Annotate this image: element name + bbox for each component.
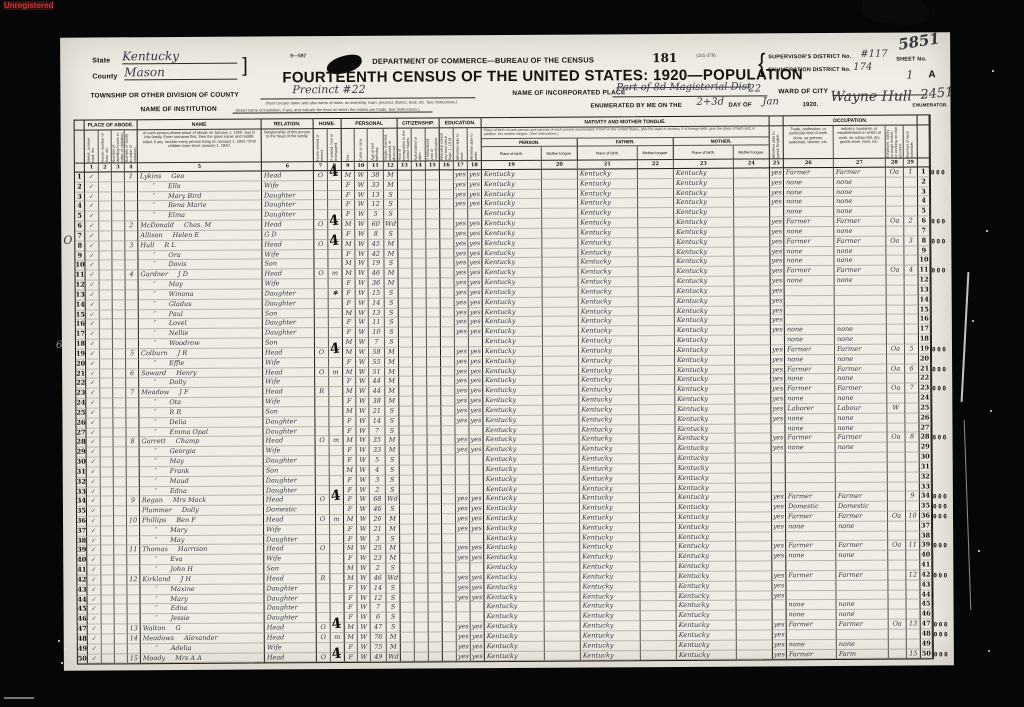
cell-read: yes: [455, 357, 469, 367]
cell-rn: 21000: [919, 364, 931, 374]
cell-house: [99, 182, 112, 192]
cell-mtf: [638, 267, 674, 277]
cell-natyr: [429, 632, 443, 642]
cell-dw: [113, 330, 126, 340]
cell-house: [99, 231, 112, 241]
cell-fam: [128, 615, 141, 625]
column-number: 13: [398, 162, 412, 171]
cell-emp: [886, 227, 904, 237]
cell-read: yes: [455, 298, 469, 308]
cell-sex: F: [343, 279, 356, 289]
cell-mt: [543, 297, 579, 307]
cell-ln: 13: [76, 291, 86, 301]
cell-occ: none: [784, 247, 834, 257]
cell-street: ✓: [85, 202, 99, 212]
state-value: Kentucky: [122, 49, 237, 65]
cell-fam: [128, 605, 141, 615]
township-note: (Insert proper name and also name of cla…: [265, 99, 457, 105]
cell-school: [441, 426, 455, 436]
cell-natyr: [426, 249, 440, 259]
cell-street: ✓: [86, 340, 100, 350]
cell-school: [443, 652, 457, 662]
cell-emp: Oa: [886, 217, 904, 227]
cell-eng: yes: [770, 198, 784, 208]
cell-dw: [114, 526, 127, 536]
cell-eng: [772, 463, 786, 473]
cell-emp: [886, 177, 904, 187]
cell-mt: [544, 533, 580, 543]
cell-mt: [544, 514, 580, 524]
cell-fam: [126, 310, 139, 320]
cell-age: 11: [369, 318, 385, 328]
given-name: Jessie: [171, 614, 190, 622]
state-label: State: [92, 57, 110, 64]
cell-fam: [127, 595, 140, 605]
cell-race: W: [356, 407, 369, 417]
cell-im: [398, 249, 412, 259]
cell-ln: 21: [76, 369, 86, 379]
cell-natyr: [428, 465, 442, 475]
cell-mtf: [640, 483, 676, 493]
cell-nat: [413, 416, 427, 426]
cell-rel: Daughter: [264, 594, 316, 604]
column-header-natyr: If naturalized, year of naturalization.: [426, 128, 440, 161]
cell-mort: 4: [331, 653, 345, 663]
cell-sex: M: [344, 515, 357, 525]
cell-ind: Farmer: [836, 571, 888, 581]
cell-race: W: [356, 387, 369, 397]
cell-house: [100, 290, 113, 300]
cell-occ: [787, 630, 837, 640]
cell-race: W: [357, 446, 370, 456]
cell-rn: 36000: [920, 511, 932, 521]
cell-dw: [115, 634, 128, 644]
cell-ln: 25: [76, 408, 86, 418]
cell-read: yes: [455, 278, 469, 288]
ditto-mark: ″: [141, 310, 169, 320]
cell-pobm: Kentucky: [674, 169, 734, 179]
given-name: Emma Opal: [169, 427, 208, 435]
cell-natyr: [427, 288, 441, 298]
cell-ln: 31: [77, 467, 87, 477]
cell-read: yes: [455, 406, 469, 416]
cell-mt: [542, 238, 578, 248]
cell-dw: [114, 477, 127, 487]
cell-natyr: [427, 298, 441, 308]
cell-pob: Kentucky: [483, 288, 543, 298]
cell-sex: F: [344, 495, 357, 505]
cell-emp: [887, 305, 905, 315]
cell-ind: none: [834, 187, 886, 197]
cell-house: [101, 497, 114, 507]
cell-mtm: [735, 345, 771, 355]
margin-stamp: 000: [933, 493, 948, 503]
ditto-mark: ″: [142, 477, 170, 487]
cell-rel: Daughter: [265, 604, 317, 614]
cell-nat: [413, 377, 427, 387]
margin-stamp: 000: [932, 365, 947, 375]
cell-occ: Farmer: [784, 266, 834, 276]
cell-rn: 40: [920, 551, 932, 561]
cell-occ: Farmer: [787, 650, 837, 660]
cell-house: [101, 526, 114, 536]
cell-emp: [888, 531, 906, 541]
cell-occ: none: [784, 197, 834, 207]
cell-mt: [542, 199, 578, 209]
cell-street: ✓: [86, 320, 100, 330]
cell-emp: Oa: [887, 384, 905, 394]
cell-rn: 25: [919, 403, 931, 413]
cell-mar: S: [386, 505, 400, 515]
sheet-label: SHEET No.: [896, 56, 927, 62]
cell-school: [442, 593, 456, 603]
cell-pob: Kentucky: [482, 258, 542, 268]
cell-pob: Kentucky: [482, 199, 542, 209]
column-title: Street, avenue, road, etc.: [87, 132, 96, 163]
cell-rel: Daughter: [264, 486, 316, 496]
cell-write: yes: [469, 347, 483, 357]
cell-race: W: [355, 259, 368, 269]
cell-mort: 4: [330, 495, 344, 505]
cell-im: [401, 613, 415, 623]
cell-pob: Kentucky: [484, 583, 544, 593]
ward-label: WARD OF CITY: [778, 88, 828, 95]
cell-nat: [412, 200, 426, 210]
cell-ind: none: [836, 443, 888, 453]
cell-read: [455, 337, 469, 347]
cell-home: [314, 210, 328, 220]
blank-number: [75, 164, 85, 173]
cell-mar: Wd: [386, 495, 400, 505]
cell-nat: [414, 456, 428, 466]
cell-house: [100, 310, 113, 320]
cell-mort: 4: [328, 240, 342, 250]
cell-home: [315, 427, 329, 437]
cell-school: [440, 229, 454, 239]
cell-write: yes: [471, 622, 485, 632]
cell-ind: Farmer: [835, 364, 887, 374]
cell-mar: M: [385, 279, 399, 289]
cell-nat: [414, 514, 428, 524]
margin-stamp: 000: [933, 434, 948, 444]
column-title: Whether able to read.: [456, 129, 465, 160]
cell-mt: [545, 631, 581, 641]
surname: Gardner: [140, 270, 168, 278]
cell-ind: none: [837, 610, 889, 620]
cell-home: [316, 456, 330, 466]
cell-emp: [888, 502, 906, 512]
cell-race: W: [356, 318, 369, 328]
cell-house: [99, 251, 112, 261]
cell-fam: 2: [125, 221, 138, 231]
cell-ind: none: [835, 325, 887, 335]
cell-age: 10: [369, 328, 385, 338]
ditto-mark: ″: [141, 339, 169, 349]
cell-occ: Domestic: [786, 502, 836, 512]
cell-im: [399, 289, 413, 299]
cell-rn: 23000: [919, 384, 931, 394]
cell-fam: 5: [126, 349, 139, 359]
cell-read: yes: [454, 180, 468, 190]
cell-write: [469, 426, 483, 436]
given-name: Mrs A A: [175, 653, 202, 661]
cell-mt: [545, 612, 581, 622]
cell-farm: 13: [907, 620, 921, 630]
cell-fam: 8: [127, 438, 140, 448]
cell-natyr: [428, 505, 442, 515]
cell-write: yes: [471, 642, 485, 652]
cell-ln: 37: [77, 526, 87, 536]
cell-house: [101, 546, 114, 556]
cell-age: 45: [368, 240, 384, 250]
cell-nat: [413, 367, 427, 377]
cell-race: W: [355, 230, 368, 240]
cell-ln: 1: [75, 173, 85, 183]
surname: Moody: [143, 654, 165, 662]
cell-nat: [413, 288, 427, 298]
cell-street: ✓: [85, 222, 99, 232]
cell-mtf: [639, 316, 675, 326]
cell-pob: Kentucky: [483, 406, 543, 416]
cell-home: [314, 250, 328, 260]
cell-rn: 38: [920, 531, 932, 541]
cell-mort: [329, 407, 343, 417]
cell-ind: none: [837, 639, 889, 649]
cell-rn: 29: [920, 443, 932, 453]
cell-read: yes: [455, 367, 469, 377]
cell-home: [317, 604, 331, 614]
cell-read: [457, 603, 471, 613]
cell-mtf: [638, 189, 674, 199]
cell-natyr: [426, 210, 440, 220]
ditto-mark: ″: [143, 644, 171, 654]
cell-mt: [543, 366, 579, 376]
cell-age: 35: [370, 436, 386, 446]
cell-emp: [886, 197, 904, 207]
cell-ind: [835, 315, 887, 325]
cell-eng: yes: [770, 267, 784, 277]
cell-eng: yes: [770, 178, 784, 188]
cell-eng: [773, 601, 787, 611]
cell-nat: [414, 446, 428, 456]
cell-mt: [545, 651, 581, 661]
cell-sex: M: [342, 240, 355, 250]
cell-pobm: Kentucky: [677, 601, 737, 611]
cell-name: MoodyMrs A A: [141, 653, 265, 664]
county-value: Mason: [124, 65, 237, 81]
column-number: 23: [674, 160, 734, 169]
film-speck: [986, 230, 988, 232]
given-name: J H: [181, 575, 191, 583]
cell-emp: Oa: [888, 541, 906, 551]
cell-nat: [414, 554, 428, 564]
cell-read: [456, 455, 470, 465]
cell-nat: [412, 229, 426, 239]
cell-mtm: [737, 611, 773, 621]
cell-mtm: [735, 306, 771, 316]
cell-rel: Head: [264, 574, 316, 584]
column-header-read: Whether able to read.: [454, 128, 468, 161]
surname: Regan: [142, 496, 163, 504]
cell-mt: [543, 376, 579, 386]
cell-school: [440, 249, 454, 259]
cell-rel: Daughter: [264, 535, 316, 545]
cell-write: yes: [471, 632, 485, 642]
cell-rel: Daughter: [264, 476, 316, 486]
cell-rn: 41: [920, 561, 932, 571]
cell-eng: yes: [772, 443, 786, 453]
cell-mt: [543, 386, 579, 396]
cell-rn: 39000: [920, 541, 932, 551]
cell-school: [441, 396, 455, 406]
cell-ind: Farmer: [835, 345, 887, 355]
cell-pobm: Kentucky: [675, 424, 735, 434]
cell-emp: [888, 561, 906, 571]
cell-school: [441, 357, 455, 367]
cell-school: [443, 613, 457, 623]
ditto-mark: ″: [141, 290, 169, 300]
cell-ln: 17: [76, 330, 86, 340]
cell-rn: 14: [919, 295, 931, 305]
column-number: 29: [904, 158, 918, 167]
column-header-house: House number or farm, etc.: [99, 130, 112, 163]
cell-ln: 15: [76, 310, 86, 320]
column-number: 28: [886, 159, 904, 168]
cell-dw: [112, 221, 125, 231]
cell-mt: [543, 356, 579, 366]
cell-mt: [544, 592, 580, 602]
column-title: If owned, free or mortgaged.: [330, 130, 339, 161]
cell-eng: yes: [772, 552, 786, 562]
given-name: J F: [179, 388, 188, 396]
cell-mtf: [640, 444, 676, 454]
cell-house: [99, 261, 112, 271]
cell-sex: F: [344, 505, 357, 515]
cell-pob: Kentucky: [484, 563, 544, 573]
cell-farm: [904, 187, 918, 197]
cell-house: [100, 379, 113, 389]
cell-fam: [127, 487, 140, 497]
given-name: Lovel: [169, 319, 187, 327]
cell-pobm: Kentucky: [676, 522, 736, 532]
cell-mort: [328, 250, 342, 260]
cell-emp: Oa: [887, 364, 905, 374]
cell-mtf: [638, 208, 674, 218]
cell-ln: 6: [75, 222, 85, 232]
cell-im: [398, 239, 412, 249]
cell-farm: [906, 482, 920, 492]
enumerator-name: Wayne Hull: [830, 89, 911, 105]
cell-mt: [545, 602, 581, 612]
cell-mtm: [735, 326, 771, 336]
cell-school: [442, 436, 456, 446]
cell-im: [400, 583, 414, 593]
cell-race: W: [355, 200, 368, 210]
cell-nat: [414, 573, 428, 583]
column-header-nat: Naturalized or alien.: [412, 128, 426, 161]
cell-dw: [113, 320, 126, 330]
cell-natyr: [428, 573, 442, 583]
cell-farm: [906, 561, 920, 571]
ditto-mark: ″: [143, 614, 171, 624]
cell-occ: none: [785, 276, 835, 286]
cell-home: O: [315, 348, 329, 358]
cell-im: [401, 642, 415, 652]
cell-pobm: Kentucky: [677, 631, 737, 641]
cell-mtm: [736, 512, 772, 522]
cell-ln: 22: [76, 379, 86, 389]
cell-dw: [113, 280, 126, 290]
cell-age: 47: [371, 623, 387, 633]
cell-race: W: [358, 633, 371, 643]
cell-im: [400, 456, 414, 466]
cell-race: W: [357, 495, 370, 505]
cell-nat: [412, 239, 426, 249]
cell-eng: yes: [770, 237, 784, 247]
cell-occ: none: [784, 188, 834, 198]
cell-emp: [887, 413, 905, 423]
cell-age: 44: [369, 377, 385, 387]
cell-eng: yes: [771, 394, 785, 404]
cell-house: [101, 566, 114, 576]
supervisor-value: #117: [860, 49, 888, 60]
cell-farm: [907, 629, 921, 639]
cell-fam: [126, 329, 139, 339]
cell-write: yes: [471, 652, 485, 662]
cell-pobf: Kentucky: [579, 385, 639, 395]
cell-mt: [544, 484, 580, 494]
cell-rel: Daughter: [263, 417, 315, 427]
cell-fam: 6: [126, 369, 139, 379]
cell-eng: yes: [772, 512, 786, 522]
cell-read: yes: [454, 249, 468, 259]
cell-rn: 1000: [918, 167, 930, 177]
cell-ln: 39: [77, 546, 87, 556]
cell-mtf: [638, 228, 674, 238]
given-name: Adelia: [171, 644, 192, 652]
cell-im: [399, 406, 413, 416]
given-name: Ota: [169, 398, 181, 406]
cell-street: ✓: [85, 231, 99, 241]
mother-tongue-label: Mother tongue.: [638, 146, 673, 161]
cell-mtf: [641, 601, 677, 611]
cell-age: 46: [368, 269, 384, 279]
cell-rn: 34000: [920, 492, 932, 502]
cell-pob: Kentucky: [484, 533, 544, 543]
cell-natyr: [428, 446, 442, 456]
cell-emp: [888, 492, 906, 502]
cell-rn: 7: [918, 226, 930, 236]
cell-street: ✓: [86, 349, 100, 359]
cell-mtm: [737, 640, 773, 650]
cell-race: W: [356, 328, 369, 338]
cell-fam: [126, 320, 139, 330]
cell-mort: [328, 181, 342, 191]
cell-im: [399, 347, 413, 357]
column-title: Number of dwelling house in order of vis…: [112, 131, 125, 162]
cell-natyr: [427, 308, 441, 318]
cell-mar: S: [384, 259, 398, 269]
cell-eng: yes: [772, 571, 786, 581]
cell-dw: [113, 389, 126, 399]
cell-write: [470, 475, 484, 485]
cell-mt: [544, 494, 580, 504]
cell-eng: yes: [773, 620, 787, 630]
cell-ln: 7: [75, 232, 85, 242]
column-header-farm: Number of farm schedule.: [904, 125, 918, 158]
cell-home: O: [316, 495, 330, 505]
cell-ln: 30: [77, 458, 87, 468]
